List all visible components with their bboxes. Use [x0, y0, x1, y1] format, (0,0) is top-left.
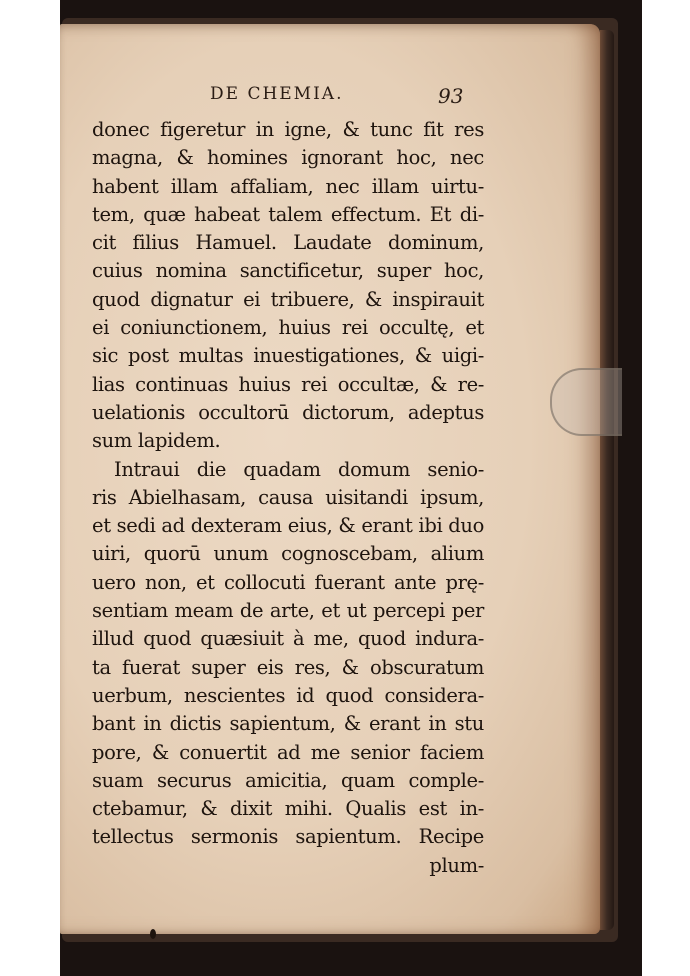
text-line: sic post multas inuestigationes, & uigi-	[92, 342, 484, 370]
text-line: ei coniunctionem, huius rei occultę, et	[92, 314, 484, 342]
page-number: 93	[438, 84, 463, 108]
text-line: donec figeretur in igne, & tunc fit res	[92, 116, 484, 144]
text-line: sentiam meam de arte, et ut percepi per	[92, 597, 484, 625]
text-line: quod dignatur ei tribuere, & inspirauit	[92, 286, 484, 314]
text-line: magna, & homines ignorant hoc, nec	[92, 144, 484, 172]
running-head: DE CHEMIA.	[210, 84, 344, 104]
ink-speck	[150, 929, 156, 939]
text-line: tellectus sermonis sapientum. Recipe	[92, 823, 484, 851]
text-line: tem, quæ habeat talem effectum. Et di-	[92, 201, 484, 229]
text-line: bant in dictis sapientum, & erant in stu	[92, 710, 484, 738]
text-line: uerbum, nescientes id quod considera-	[92, 682, 484, 710]
text-block: donec figeretur in igne, & tunc fit res …	[92, 116, 484, 880]
glass-page-clip	[550, 368, 622, 436]
text-line: uero non, et collocuti fuerant ante prę-	[92, 569, 484, 597]
scanned-book-spread: DE CHEMIA. 93 donec figeretur in igne, &…	[60, 0, 642, 976]
text-line: illud quod quæsiuit à me, quod indura-	[92, 625, 484, 653]
text-line: cit filius Hamuel. Laudate dominum,	[92, 229, 484, 257]
paragraph-start-line: Intraui die quadam domum senio-	[92, 456, 484, 484]
text-line: ctebamur, & dixit mihi. Qualis est in-	[92, 795, 484, 823]
book-page: DE CHEMIA. 93 donec figeretur in igne, &…	[60, 24, 600, 934]
paragraph-end-line: sum lapidem.	[92, 427, 484, 455]
text-line: cuius nomina sanctificetur, super hoc,	[92, 257, 484, 285]
text-line: lias continuas huius rei occultæ, & re-	[92, 371, 484, 399]
text-line: ta fuerat super eis res, & obscuratum	[92, 654, 484, 682]
text-line: ris Abielhasam, causa uisitandi ipsum,	[92, 484, 484, 512]
text-line: uelationis occultorū dictorum, adeptus	[92, 399, 484, 427]
text-line: suam securus amicitia, quam comple-	[92, 767, 484, 795]
text-line: habent illam affaliam, nec illam uirtu-	[92, 173, 484, 201]
text-line: uiri, quorū unum cognoscebam, alium	[92, 540, 484, 568]
text-line: pore, & conuertit ad me senior faciem	[92, 739, 484, 767]
text-line: et sedi ad dexteram eius, & erant ibi du…	[92, 512, 484, 540]
page-fore-edge	[600, 30, 614, 930]
catchword: plum-	[92, 852, 484, 880]
